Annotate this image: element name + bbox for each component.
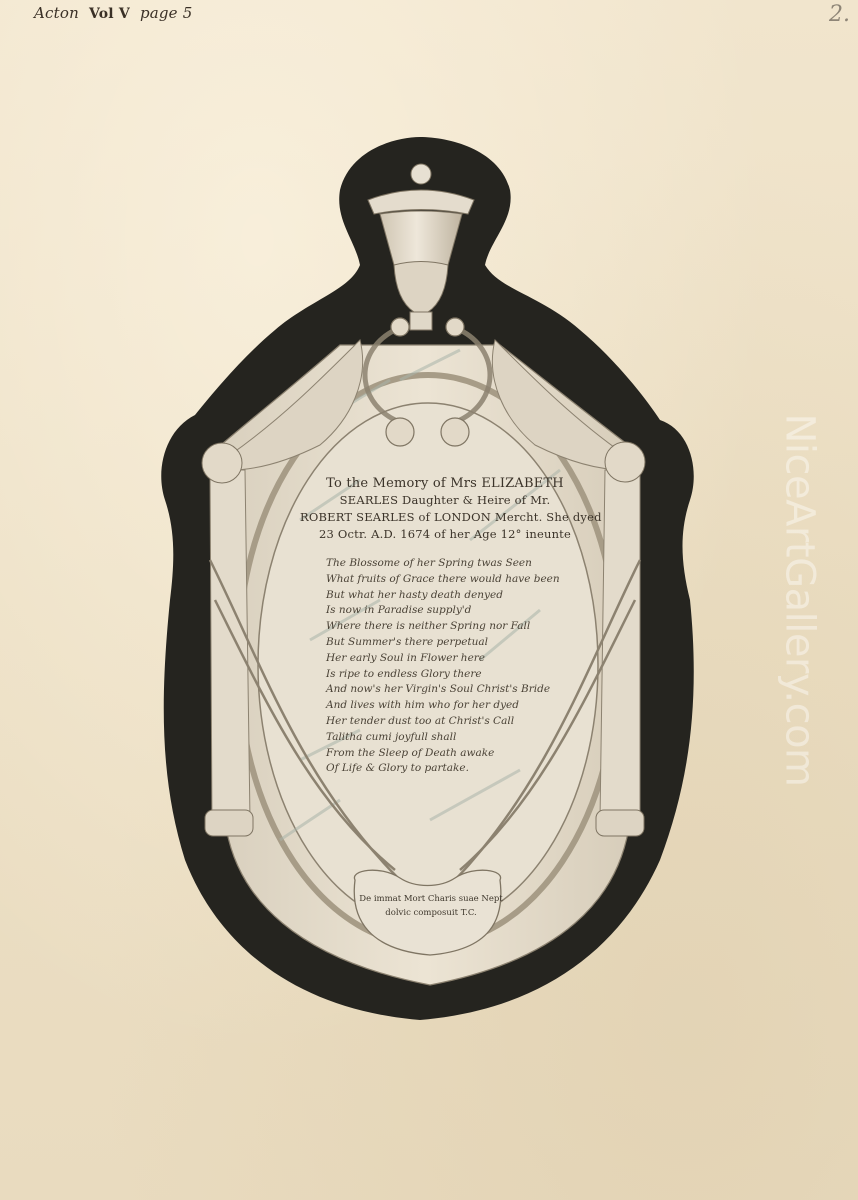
watermark-text: NiceArtGallery.com	[777, 413, 823, 786]
epitaph-poem: The Blossome of her Spring twas Seen Wha…	[326, 556, 566, 777]
poem-line: But Summer's there perpetual	[326, 635, 566, 651]
poem-line: Where there is neither Spring nor Fall	[326, 619, 566, 635]
poem-line: Is ripe to endless Glory there	[326, 667, 566, 683]
poem-line: The Blossome of her Spring twas Seen	[326, 556, 566, 572]
poem-line: Is now in Paradise supply'd	[326, 603, 566, 619]
inscription-line: ROBERT SEARLES of LONDON Mercht. She dye…	[300, 509, 590, 526]
drapery-end-right	[596, 810, 644, 836]
drapery-knot-right	[605, 442, 645, 482]
poem-line: Talitha cumi joyfull shall	[326, 730, 566, 746]
poem-line: Of Life & Glory to partake.	[326, 761, 566, 777]
poem-line: Her early Soul in Flower here	[326, 651, 566, 667]
inscription-line: To the Memory of Mrs ELIZABETH	[300, 475, 590, 492]
poem-line: What fruits of Grace there would have be…	[326, 572, 566, 588]
inscription-line: 23 Octr. A.D. 1674 of her Age 12° ineunt…	[300, 526, 590, 543]
drapery-hang-right	[600, 470, 640, 825]
poem-line: From the Sleep of Death awake	[326, 746, 566, 762]
poem-line: Her tender dust too at Christ's Call	[326, 714, 566, 730]
poem-line: And now's her Virgin's Soul Christ's Bri…	[326, 682, 566, 698]
drapery-hang-left	[210, 470, 250, 825]
credit-line: De immat Mort Charis suae Nept	[346, 892, 516, 906]
inscription-line: SEARLES Daughter & Heire of Mr.	[300, 492, 590, 509]
watermark: NiceArtGallery.com	[775, 410, 825, 790]
inscription: To the Memory of Mrs ELIZABETH SEARLES D…	[300, 475, 590, 543]
drapery-knot-left	[202, 443, 242, 483]
credit-line: dolvic composuit T.C.	[346, 906, 516, 920]
poem-line: And lives with him who for her dyed	[326, 698, 566, 714]
cartouche-credit: De immat Mort Charis suae Nept dolvic co…	[346, 892, 516, 920]
poem-line: But what her hasty death denyed	[326, 588, 566, 604]
drapery-end-left	[205, 810, 253, 836]
